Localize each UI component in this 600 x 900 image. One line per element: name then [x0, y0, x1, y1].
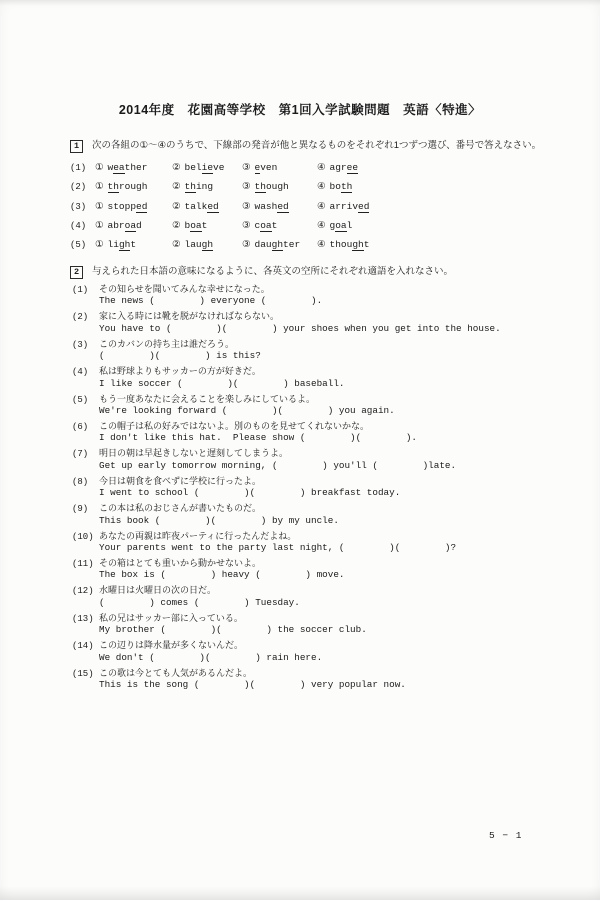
scan-edge-bottom [0, 886, 600, 900]
option-word: arrived [330, 201, 370, 213]
option-word: laugh [185, 239, 214, 251]
question-label: (10) [72, 532, 94, 542]
question-item: (7)明日の朝は早起きしないと遅刻してしまうよ。Get up early tom… [72, 448, 542, 471]
question-item: (4)私は野球よりもサッカーの方が好きだ。I like soccer ( )( … [72, 366, 542, 389]
question-item: (8)今日は朝食を食べずに学校に行ったよ。I went to school ( … [72, 476, 542, 499]
pronunciation-option: ③even [242, 162, 277, 173]
section2-instruction: 与えられた日本語の意味になるように、各英文の空所にそれぞれ適語を入れなさい。 [92, 266, 453, 278]
section1-header: 1 次の各組の①～④のうちで、下線部の発音が他と異なるものをそれぞれ1つずつ選び… [70, 140, 541, 153]
section2-header: 2 与えられた日本語の意味になるように、各英文の空所にそれぞれ適語を入れなさい。 [70, 266, 453, 279]
pronunciation-option: ③daughter [242, 239, 300, 250]
option-word: talked [185, 201, 219, 213]
row-label: (4) [70, 221, 86, 231]
question-label: (12) [72, 586, 94, 596]
pronunciation-option: ①weather [95, 162, 147, 173]
underlined-letters: th [255, 181, 266, 193]
option-number: ③ [242, 239, 251, 250]
question-japanese: 私は野球よりもサッカーの方が好きだ。 [99, 366, 542, 377]
question-english: I like soccer ( )( ) baseball. [99, 378, 542, 389]
underlined-letters: oa [190, 220, 201, 232]
option-word: abroad [108, 220, 142, 232]
question-item: (15)この歌は今とても人気があるんだよ。This is the song ( … [72, 668, 542, 691]
question-label: (4) [72, 367, 88, 377]
question-japanese: この辺りは降水量が多くないんだ。 [99, 640, 542, 651]
pronunciation-option: ④thought [317, 239, 369, 250]
option-number: ④ [317, 239, 326, 250]
question-japanese: このカバンの持ち主は誰だろう。 [99, 339, 542, 350]
question-japanese: あなたの両親は昨夜パーティに行ったんだよね。 [99, 531, 542, 542]
question-japanese: 明日の朝は早起きしないと遅刻してしまうよ。 [99, 448, 542, 459]
option-number: ② [172, 181, 181, 192]
option-word: even [255, 162, 278, 174]
question-english: I don't like this hat. Please show ( )( … [99, 432, 542, 443]
pronunciation-option: ③coat [242, 220, 277, 231]
option-word: through [108, 181, 148, 193]
question-japanese: この帽子は私の好みではないよ。別のものを見せてくれないかな。 [99, 421, 542, 432]
pronunciation-option: ④goal [317, 220, 352, 231]
underlined-letters: ed [277, 201, 288, 213]
question-english: ( )( ) is this? [99, 350, 542, 361]
option-word: both [330, 181, 353, 193]
question-english: We're looking forward ( )( ) you again. [99, 405, 542, 416]
underlined-letters: ie [202, 162, 213, 174]
question-item: (5)もう一度あなたに会えることを楽しみにしているよ。We're looking… [72, 394, 542, 417]
option-word: agree [330, 162, 359, 174]
option-word: thing [185, 181, 214, 193]
option-number: ④ [317, 181, 326, 192]
option-word: light [108, 239, 137, 251]
pronunciation-option: ②thing [172, 181, 213, 192]
option-word: washed [255, 201, 289, 213]
option-word: believe [185, 162, 225, 174]
question-label: (5) [72, 395, 88, 405]
section1-rows: (1)①weather②believe③even④agree(2)①throug… [70, 162, 540, 258]
question-label: (15) [72, 669, 94, 679]
question-item: (2)家に入る時には靴を脱がなければならない。You have to ( )( … [72, 311, 542, 334]
option-number: ① [95, 220, 104, 231]
pronunciation-row: (5)①light②laugh③daughter④thought [70, 239, 540, 258]
underlined-letters: gh [272, 239, 283, 251]
underlined-letters: ed [358, 201, 369, 213]
pronunciation-option: ④agree [317, 162, 358, 173]
question-english: Get up early tomorrow morning, ( ) you'l… [99, 460, 542, 471]
option-number: ② [172, 162, 181, 173]
section2-number-box: 2 [70, 266, 83, 279]
question-item: (6)この帽子は私の好みではないよ。別のものを見せてくれないかな。I don't… [72, 421, 542, 444]
option-number: ④ [317, 201, 326, 212]
pronunciation-option: ②laugh [172, 239, 213, 250]
question-label: (7) [72, 449, 88, 459]
row-label: (1) [70, 163, 86, 173]
page-title: 2014年度 花園高等学校 第1回入学試験問題 英語〈特進〉 [0, 100, 600, 118]
question-japanese: その箱はとても重いから動かせないよ。 [99, 558, 542, 569]
question-english: We don't ( )( ) rain here. [99, 652, 542, 663]
pronunciation-row: (3)①stopped②talked③washed④arrived [70, 201, 540, 220]
row-label: (5) [70, 240, 86, 250]
question-japanese: 今日は朝食を食べずに学校に行ったよ。 [99, 476, 542, 487]
option-word: goal [330, 220, 353, 232]
option-number: ① [95, 201, 104, 212]
option-word: stopped [108, 201, 148, 213]
option-number: ① [95, 162, 104, 173]
pronunciation-option: ①through [95, 181, 147, 192]
question-label: (2) [72, 312, 88, 322]
underlined-letters: th [108, 181, 119, 193]
pronunciation-row: (4)①abroad②boat③coat④goal [70, 220, 540, 239]
underlined-letters: ed [136, 201, 147, 213]
question-english: My brother ( )( ) the soccer club. [99, 624, 542, 635]
pronunciation-row: (2)①through②thing③though④both [70, 181, 540, 200]
question-english: The news ( ) everyone ( ). [99, 295, 542, 306]
option-word: though [255, 181, 289, 193]
option-number: ② [172, 239, 181, 250]
question-english: ( ) comes ( ) Tuesday. [99, 597, 542, 608]
option-number: ③ [242, 181, 251, 192]
question-label: (6) [72, 422, 88, 432]
question-label: (14) [72, 641, 94, 651]
pronunciation-option: ②boat [172, 220, 207, 231]
page-number: 5 − 1 [489, 830, 523, 841]
underlined-letters: gh [202, 239, 213, 251]
question-english: The box is ( ) heavy ( ) move. [99, 569, 542, 580]
underlined-letters: gh [119, 239, 130, 251]
question-english: This is the song ( )( ) very popular now… [99, 679, 542, 690]
question-label: (9) [72, 504, 88, 514]
pronunciation-option: ①abroad [95, 220, 142, 231]
question-label: (11) [72, 559, 94, 569]
question-label: (13) [72, 614, 94, 624]
option-word: coat [255, 220, 278, 232]
question-japanese: 水曜日は火曜日の次の日だ。 [99, 585, 542, 596]
pronunciation-option: ②believe [172, 162, 224, 173]
question-label: (1) [72, 285, 88, 295]
pronunciation-row: (1)①weather②believe③even④agree [70, 162, 540, 181]
underlined-letters: ea [113, 162, 124, 174]
question-japanese: 家に入る時には靴を脱がなければならない。 [99, 311, 542, 322]
option-word: boat [185, 220, 208, 232]
option-word: daughter [255, 239, 301, 251]
row-label: (2) [70, 182, 86, 192]
pronunciation-option: ①light [95, 239, 136, 250]
option-number: ① [95, 181, 104, 192]
question-japanese: 私の兄はサッカー部に入っている。 [99, 613, 542, 624]
question-item: (14)この辺りは降水量が多くないんだ。We don't ( )( ) rain… [72, 640, 542, 663]
underlined-letters: oa [125, 220, 136, 232]
pronunciation-option: ①stopped [95, 201, 147, 212]
question-item: (12)水曜日は火曜日の次の日だ。( ) comes ( ) Tuesday. [72, 585, 542, 608]
section2-questions: (1)その知らせを聞いてみんな幸せになった。The news ( ) every… [72, 284, 542, 695]
pronunciation-option: ②talked [172, 201, 219, 212]
option-word: thought [330, 239, 370, 251]
scan-edge-top [0, 0, 600, 6]
question-item: (9)この本は私のおじさんが書いたものだ。This book ( )( ) by… [72, 503, 542, 526]
question-label: (8) [72, 477, 88, 487]
option-word: weather [108, 162, 148, 174]
option-number: ③ [242, 220, 251, 231]
question-item: (13)私の兄はサッカー部に入っている。My brother ( )( ) th… [72, 613, 542, 636]
pronunciation-option: ④both [317, 181, 352, 192]
question-item: (11)その箱はとても重いから動かせないよ。The box is ( ) hea… [72, 558, 542, 581]
section1-number-box: 1 [70, 140, 83, 153]
underlined-letters: ed [207, 201, 218, 213]
option-number: ③ [242, 201, 251, 212]
question-item: (3)このカバンの持ち主は誰だろう。( )( ) is this? [72, 339, 542, 362]
option-number: ③ [242, 162, 251, 173]
question-japanese: この歌は今とても人気があるんだよ。 [99, 668, 542, 679]
pronunciation-option: ③though [242, 181, 289, 192]
question-item: (1)その知らせを聞いてみんな幸せになった。The news ( ) every… [72, 284, 542, 307]
question-english: This book ( )( ) by my uncle. [99, 515, 542, 526]
option-number: ② [172, 201, 181, 212]
underlined-letters: ee [347, 162, 358, 174]
underlined-letters: th [185, 181, 196, 193]
underlined-letters: oa [260, 220, 271, 232]
row-label: (3) [70, 202, 86, 212]
option-number: ① [95, 239, 104, 250]
question-english: You have to ( )( ) your shoes when you g… [99, 323, 542, 334]
question-item: (10)あなたの両親は昨夜パーティに行ったんだよね。Your parents w… [72, 531, 542, 554]
underlined-letters: th [341, 181, 352, 193]
question-label: (3) [72, 340, 88, 350]
question-japanese: この本は私のおじさんが書いたものだ。 [99, 503, 542, 514]
question-japanese: もう一度あなたに会えることを楽しみにしているよ。 [99, 394, 542, 405]
underlined-letters: gh [352, 239, 363, 251]
question-japanese: その知らせを聞いてみんな幸せになった。 [99, 284, 542, 295]
underlined-letters: e [255, 162, 261, 174]
question-english: Your parents went to the party last nigh… [99, 542, 542, 553]
question-english: I went to school ( )( ) breakfast today. [99, 487, 542, 498]
underlined-letters: oa [335, 220, 346, 232]
section1-instruction: 次の各組の①～④のうちで、下線部の発音が他と異なるものをそれぞれ1つずつ選び、番… [92, 140, 541, 152]
pronunciation-option: ④arrived [317, 201, 369, 212]
option-number: ④ [317, 220, 326, 231]
option-number: ④ [317, 162, 326, 173]
option-number: ② [172, 220, 181, 231]
pronunciation-option: ③washed [242, 201, 289, 212]
